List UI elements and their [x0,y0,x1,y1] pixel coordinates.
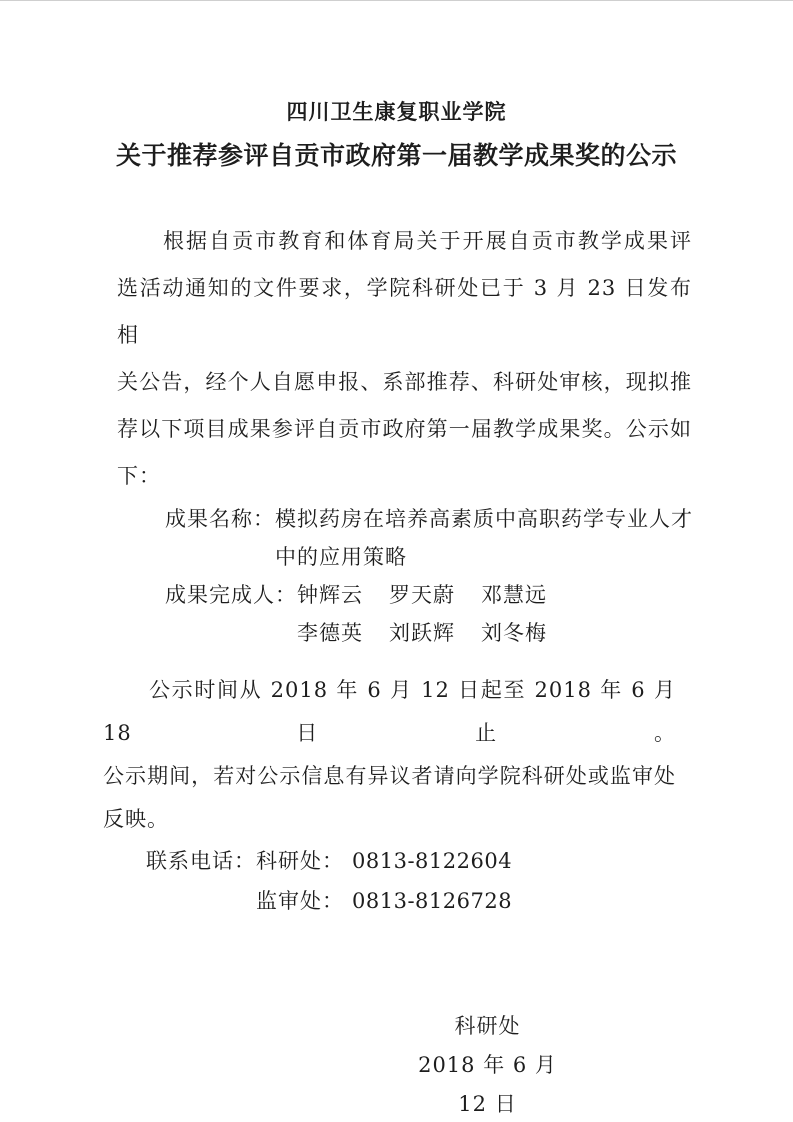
achievement-name-line-1: 模拟药房在培养高素质中高职药学专业人才 [275,500,693,538]
contact-line-1: 科研处：0813-8122604 [256,841,512,881]
contact-phone-2: 0813-8126728 [352,889,512,913]
contact-section: 联系电话： 科研处：0813-8122604 监审处：0813-8126728 [146,841,713,921]
contact-department-2: 监审处： [256,889,344,913]
achievement-authors-list: 钟辉云 罗天蔚 邓慧远 李德英 刘跃辉 刘冬梅 [297,576,547,652]
contact-department-1: 科研处： [256,849,344,873]
college-name: 四川卫生康复职业学院 [0,98,793,128]
signature-block: 科研处 2018 年 6 月 12 日 [400,1007,575,1122]
author-name: 刘冬梅 [481,614,547,652]
intro-paragraph-line-2: 选活动通知的文件要求，学院科研处已于 3 月 23 日发布相 [117,265,692,359]
author-name: 李德英 [297,614,363,652]
notice-paragraph-line-2: 公示期间，若对公示信息有异议者请向学院科研处或监审处 [103,755,676,798]
announcement-title: 关于推荐参评自贡市政府第一届教学成果奖的公示 [0,140,793,172]
author-name: 邓慧远 [481,576,547,614]
signature-date: 2018 年 6 月 12 日 [400,1046,575,1122]
intro-paragraph-line-3: 关公告，经个人自愿申报、系部推荐、科研处审核，现拟推 [117,359,692,406]
achievement-authors-label: 成果完成人： [165,576,297,614]
achievement-name-label: 成果名称： [165,500,275,538]
achievement-name-text: 模拟药房在培养高素质中高职药学专业人才 中的应用策略 [275,500,693,576]
authors-line-2: 李德英 刘跃辉 刘冬梅 [297,614,547,652]
notice-paragraph-line-3: 反映。 [103,798,676,841]
author-name: 刘跃辉 [389,614,455,652]
notice-paragraph-line-1: 公示时间从 2018 年 6 月 12 日起至 2018 年 6 月 18 日止… [103,669,676,755]
achievement-authors-row: 成果完成人： 钟辉云 罗天蔚 邓慧远 李德英 刘跃辉 刘冬梅 [165,576,713,652]
author-name: 钟辉云 [297,576,363,614]
authors-line-1: 钟辉云 罗天蔚 邓慧远 [297,576,547,614]
scan-edge-artifact [0,0,793,1]
achievement-section: 成果名称： 模拟药房在培养高素质中高职药学专业人才 中的应用策略 成果完成人： … [165,500,713,652]
contact-line-2: 监审处：0813-8126728 [256,881,512,921]
contact-list: 科研处：0813-8122604 监审处：0813-8126728 [256,841,512,921]
contact-phone-1: 0813-8122604 [352,849,512,873]
achievement-name-row: 成果名称： 模拟药房在培养高素质中高职药学专业人才 中的应用策略 [165,500,713,576]
intro-paragraph-line-1: 根据自贡市教育和体育局关于开展自贡市教学成果评 [117,218,692,265]
signature-department: 科研处 [400,1007,575,1046]
notice-paragraph: 公示时间从 2018 年 6 月 12 日起至 2018 年 6 月 18 日止… [103,669,676,841]
author-name: 罗天蔚 [389,576,455,614]
contact-label: 联系电话： [146,841,256,881]
intro-paragraph: 根据自贡市教育和体育局关于开展自贡市教学成果评 选活动通知的文件要求，学院科研处… [117,218,692,500]
document-page: 四川卫生康复职业学院 关于推荐参评自贡市政府第一届教学成果奖的公示 根据自贡市教… [0,0,793,1122]
achievement-name-line-2: 中的应用策略 [275,538,693,576]
intro-paragraph-line-5: 下： [117,453,692,500]
intro-paragraph-line-4: 荐以下项目成果参评自贡市政府第一届教学成果奖。公示如 [117,406,692,453]
